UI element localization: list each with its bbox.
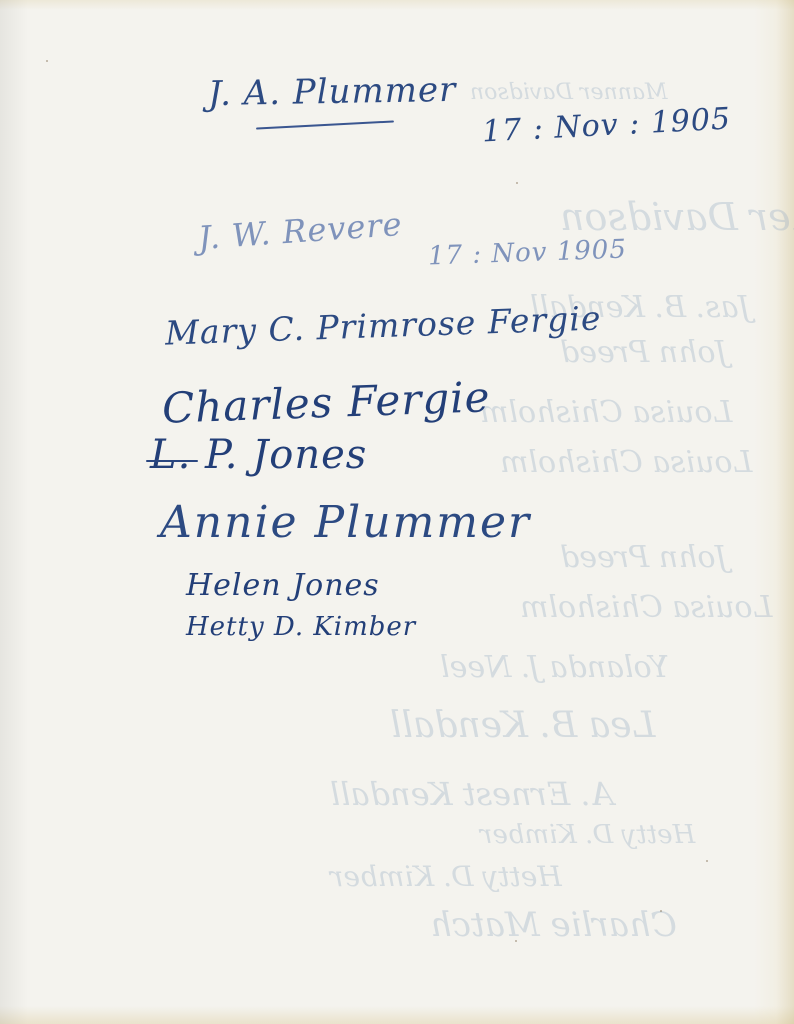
bleed-through-text: John Preed	[560, 540, 728, 575]
signature-annie-plummer: Annie Plummer	[160, 497, 531, 548]
bleed-through-text: Louisa Chisholm	[520, 590, 772, 625]
paper-speck	[515, 940, 517, 942]
signature-helen-jones: Helen Jones	[186, 568, 380, 603]
bleed-through-text: Hetty D. Kimber	[330, 860, 562, 893]
entry-date: 17 : Nov 1905	[428, 235, 628, 272]
signature-j-w-revere: J. W. Revere	[197, 205, 404, 257]
paper-speck	[516, 182, 518, 184]
signature-l-p-jones: L. P. Jones	[150, 432, 367, 478]
bleed-through-text: Charlie Match	[430, 905, 677, 945]
guestbook-page: Manner Davidson Manner Davidson Jas. B. …	[0, 0, 794, 1024]
bleed-through-text: Louisa Chisholm	[480, 395, 732, 430]
signature-j-a-plummer: J. A. Plummer	[208, 70, 457, 114]
bleed-through-text: A. Ernest Kendall	[330, 775, 614, 813]
paper-speck	[46, 60, 48, 62]
signature-strikethrough	[146, 460, 198, 462]
entry-date: 17 : Nov : 1905	[481, 102, 732, 150]
bleed-through-text: Hetty D. Kimber	[480, 820, 695, 850]
bleed-through-text: Louisa Chisholm	[500, 445, 752, 480]
signature-hetty-d-kimber: Hetty D. Kimber	[186, 612, 416, 642]
paper-speck	[706, 860, 708, 862]
bleed-through-text: Yolanda J. Neel	[440, 650, 669, 685]
bleed-through-text: John Preed	[560, 335, 728, 370]
bleed-through-text: Manner Davidson	[470, 80, 668, 105]
paper-speck	[660, 910, 662, 912]
signature-mary-c-primrose-fergie: Mary C. Primrose Fergie	[164, 298, 602, 352]
signature-charles-fergie: Charles Fergie	[161, 372, 491, 432]
bleed-through-text: Lea B. Kendall	[390, 705, 655, 746]
bleed-through-text: Manner Davidson	[560, 195, 794, 239]
signature-underline	[256, 120, 394, 129]
